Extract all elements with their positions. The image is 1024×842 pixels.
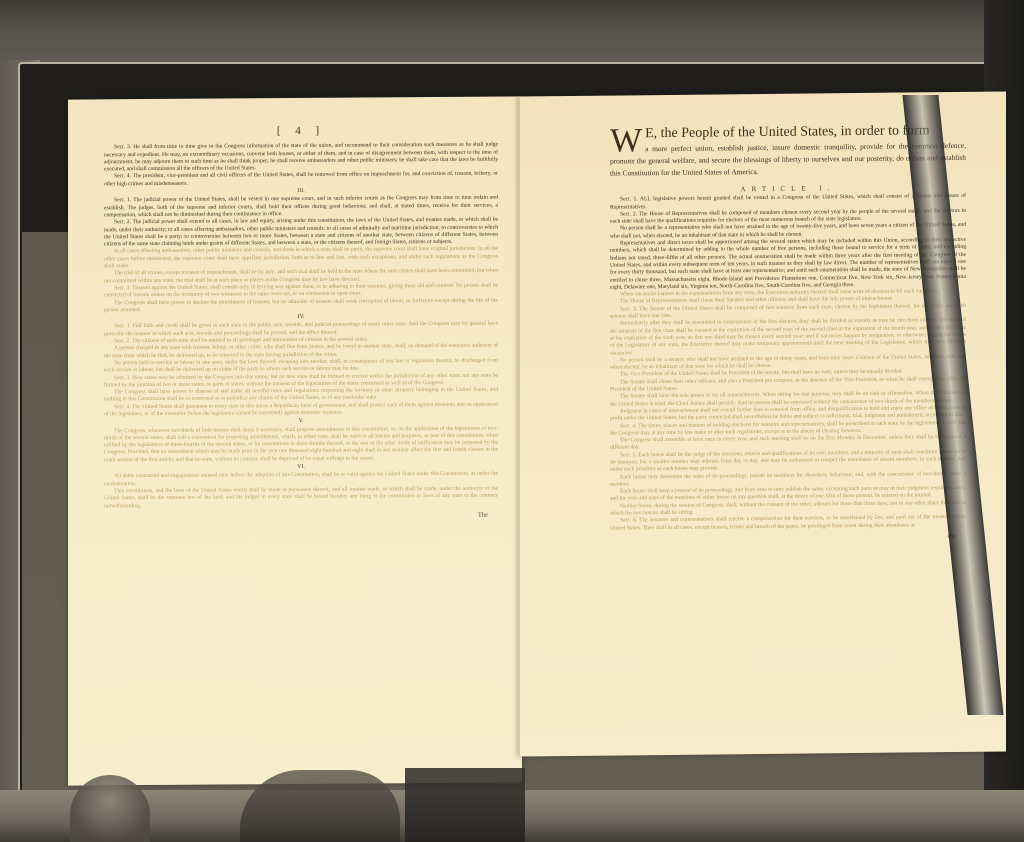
- page-fold: [518, 96, 520, 756]
- section-paragraph: This constitution, and the laws of the U…: [104, 486, 498, 511]
- section-paragraph: Sect. 2. The judicial power shall extend…: [104, 217, 498, 249]
- reflection-shadow: [405, 768, 525, 842]
- reflection-figure-2: [240, 770, 400, 842]
- catchword: The: [104, 511, 498, 521]
- catchword-right: the: [610, 533, 966, 544]
- section-paragraph: Representatives and direct taxes shall b…: [610, 237, 966, 292]
- left-page-text: [ 4 ] Sect. 3. He shall from time to tim…: [104, 127, 498, 522]
- preamble-dropcap: W: [610, 127, 642, 155]
- document-page-left: [ 4 ] Sect. 3. He shall from time to tim…: [68, 96, 522, 785]
- section-paragraph: Sect. 4. The United States shall guarant…: [104, 401, 498, 418]
- display-case-top: [0, 0, 1024, 70]
- section-paragraph: Sect. 3. He shall from time to time give…: [104, 142, 498, 174]
- section-paragraph: Immediately after they shall be assemble…: [610, 317, 966, 357]
- page-number: [ 4 ]: [104, 127, 498, 137]
- section-paragraph: The Congress, whenever two-thirds of bot…: [104, 425, 498, 464]
- section-paragraph: Sect. 1. The judicial power of the Unite…: [104, 195, 498, 220]
- section-paragraph: Sect. 6. The senators and representative…: [610, 514, 966, 532]
- section-paragraph: In all cases affecting ambassadors, othe…: [104, 246, 498, 271]
- left-page-sections: Sect. 3. He shall from time to time give…: [104, 142, 498, 510]
- right-page-sections: Sect. 1. ALL legislative powers herein g…: [610, 193, 966, 532]
- section-paragraph: Sect. 4. The president, vice-president a…: [104, 171, 498, 188]
- section-paragraph: The Congress shall have power to declare…: [104, 297, 498, 314]
